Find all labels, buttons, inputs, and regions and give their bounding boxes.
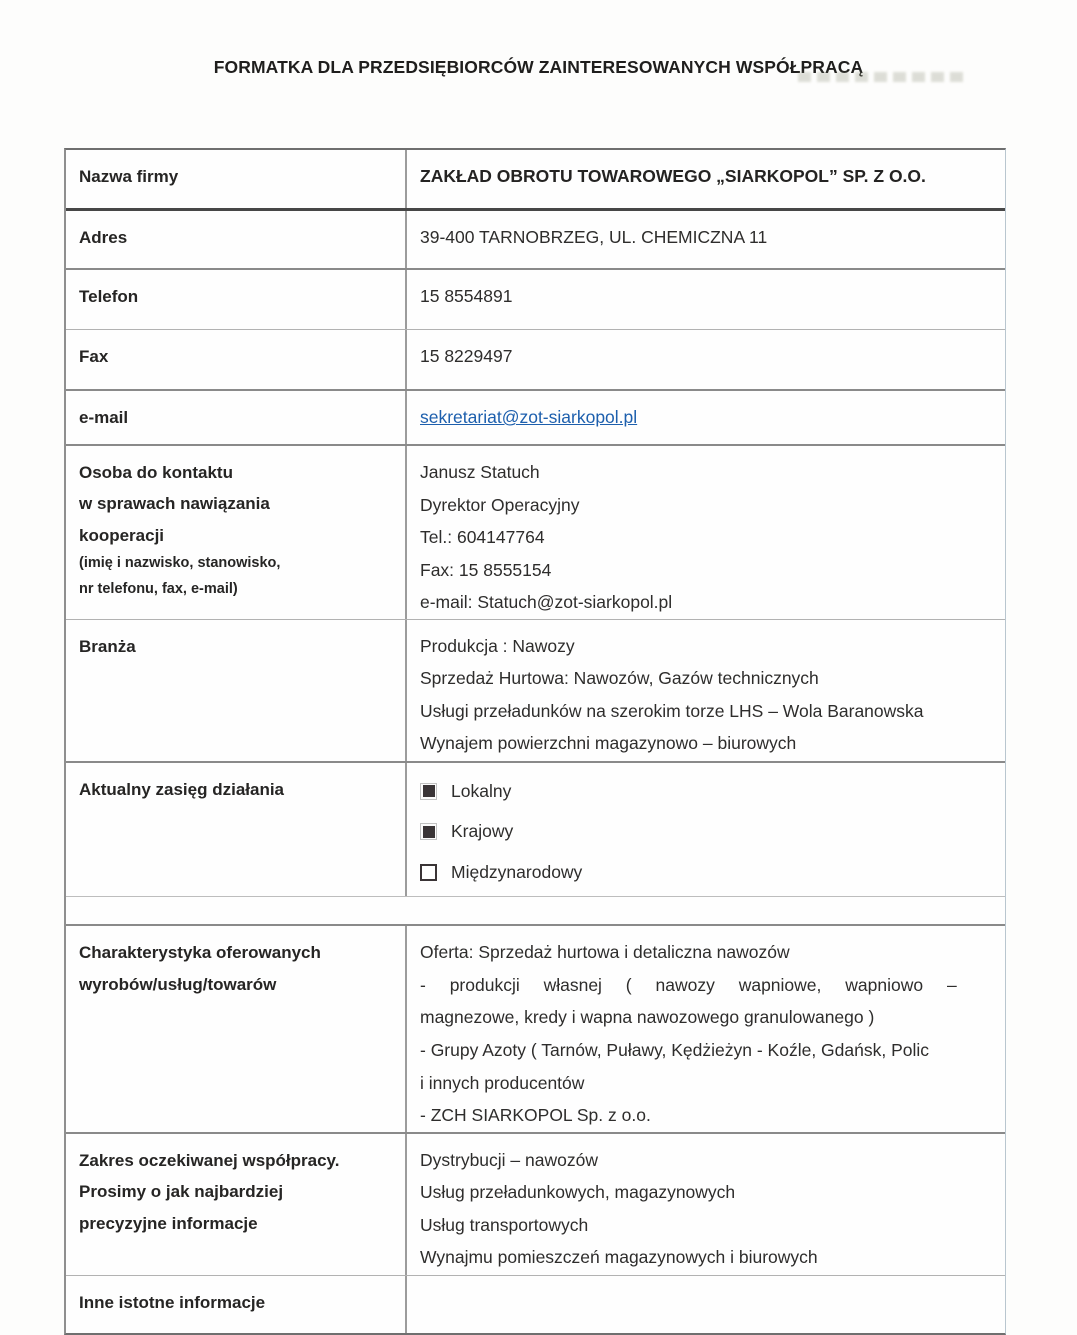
field-value-company-name: ZAKŁAD OBROTU TOWAROWEGO „SIARKOPOL” SP.… [407, 150, 1005, 208]
row-email: e-mail sekretariat@zot-siarkopol.pl [66, 389, 1005, 444]
scan-artifact [798, 72, 966, 82]
checkbox-checked-icon[interactable] [420, 783, 437, 800]
table-gap-band [66, 896, 1005, 926]
row-zasieg-dzialania: Aktualny zasięg działania Lokalny Krajow… [66, 761, 1005, 897]
row-osoba-kontaktu: Osoba do kontaktu w sprawach nawiązania … [66, 444, 1005, 619]
checkbox-checked-icon[interactable] [420, 823, 437, 840]
row-inne-informacje: Inne istotne informacje [66, 1275, 1005, 1333]
industry-line: Produkcja : Nawozy [420, 630, 999, 663]
scope-option-label: Krajowy [451, 815, 513, 848]
checkbox-unchecked-icon[interactable] [420, 864, 437, 881]
scope-option-label: Międzynarodowy [451, 856, 582, 889]
industry-line: Sprzedaż Hurtowa: Nawozów, Gazów technic… [420, 662, 999, 695]
offer-line: magnezowe, kredy i wapna nawozowego gran… [420, 1001, 999, 1034]
row-zakres-wspolpracy: Zakres oczekiwanej współpracy. Prosimy o… [66, 1132, 1005, 1275]
row-charakterystyka: Charakterystyka oferowanych wyrobów/usłu… [66, 926, 1005, 1131]
field-value-address: 39-400 TARNOBRZEG, UL. CHEMICZNA 11 [407, 211, 1005, 268]
cooperation-line: Usług przeładunkowych, magazynowych [420, 1176, 999, 1209]
field-label-line: w sprawach nawiązania [79, 488, 395, 519]
industry-line: Wynajem powierzchni magazynowo – biurowy… [420, 727, 999, 760]
row-branza: Branża Produkcja : Nawozy Sprzedaż Hurto… [66, 619, 1005, 761]
contact-phone: Tel.: 604147764 [420, 521, 999, 554]
offer-line: - Grupy Azoty ( Tarnów, Puławy, Kędżieży… [420, 1034, 999, 1067]
field-label: Fax [66, 330, 407, 389]
row-adres: Adres 39-400 TARNOBRZEG, UL. CHEMICZNA 1… [66, 208, 1005, 268]
scope-option-krajowy: Krajowy [420, 815, 999, 848]
field-label: Nazwa firmy [66, 150, 407, 208]
offer-line: - ZCH SIARKOPOL Sp. z o.o. [420, 1099, 999, 1132]
contact-role: Dyrektor Operacyjny [420, 489, 999, 522]
field-label: e-mail [66, 391, 407, 444]
field-value-phone: 15 8554891 [407, 270, 1005, 329]
field-label-line: Charakterystyka oferowanych [79, 937, 395, 968]
contact-name: Janusz Statuch [420, 456, 999, 489]
field-value-empty [407, 1276, 1005, 1333]
industry-line: Usługi przeładunków na szerokim torze LH… [420, 695, 999, 728]
field-label-line: wyrobów/usług/towarów [79, 969, 395, 1000]
cooperation-line: Wynajmu pomieszczeń magazynowych i biuro… [420, 1241, 999, 1274]
field-label-note: nr telefonu, fax, e-mail) [79, 577, 395, 602]
field-label-line: kooperacji [79, 520, 395, 551]
field-label: Adres [66, 211, 407, 268]
offer-line: i innych producentów [420, 1067, 999, 1100]
row-nazwa-firmy: Nazwa firmy ZAKŁAD OBROTU TOWAROWEGO „SI… [66, 150, 1005, 208]
field-label: Inne istotne informacje [66, 1276, 407, 1333]
field-label: Aktualny zasięg działania [66, 763, 407, 897]
row-fax: Fax 15 8229497 [66, 329, 1005, 389]
scope-option-miedzynarodowy: Międzynarodowy [420, 856, 999, 889]
field-label: Telefon [66, 270, 407, 329]
scope-option-lokalny: Lokalny [420, 775, 999, 808]
offer-line: - produkcji własnej ( nawozy wapniowe, w… [420, 969, 999, 1002]
field-value-fax: 15 8229497 [407, 330, 1005, 389]
email-link[interactable]: sekretariat@zot-siarkopol.pl [420, 407, 637, 427]
field-label-line: precyzyjne informacje [79, 1208, 395, 1239]
contact-email: e-mail: Statuch@zot-siarkopol.pl [420, 586, 999, 619]
page-title: FORMATKA DLA PRZEDSIĘBIORCÓW ZAINTERESOW… [0, 0, 1077, 78]
contact-fax: Fax: 15 8555154 [420, 554, 999, 587]
field-label-line: Prosimy o jak najbardziej [79, 1176, 395, 1207]
field-label-note: (imię i nazwisko, stanowisko, [79, 551, 395, 576]
field-label: Branża [66, 620, 407, 761]
field-label-line: Zakres oczekiwanej współpracy. [79, 1145, 395, 1176]
offer-line: Oferta: Sprzedaż hurtowa i detaliczna na… [420, 936, 999, 969]
form-table: Nazwa firmy ZAKŁAD OBROTU TOWAROWEGO „SI… [64, 148, 1006, 1335]
cooperation-line: Usług transportowych [420, 1209, 999, 1242]
cooperation-line: Dystrybucji – nawozów [420, 1144, 999, 1177]
scope-option-label: Lokalny [451, 775, 511, 808]
field-label-line: Osoba do kontaktu [79, 457, 395, 488]
row-telefon: Telefon 15 8554891 [66, 268, 1005, 329]
